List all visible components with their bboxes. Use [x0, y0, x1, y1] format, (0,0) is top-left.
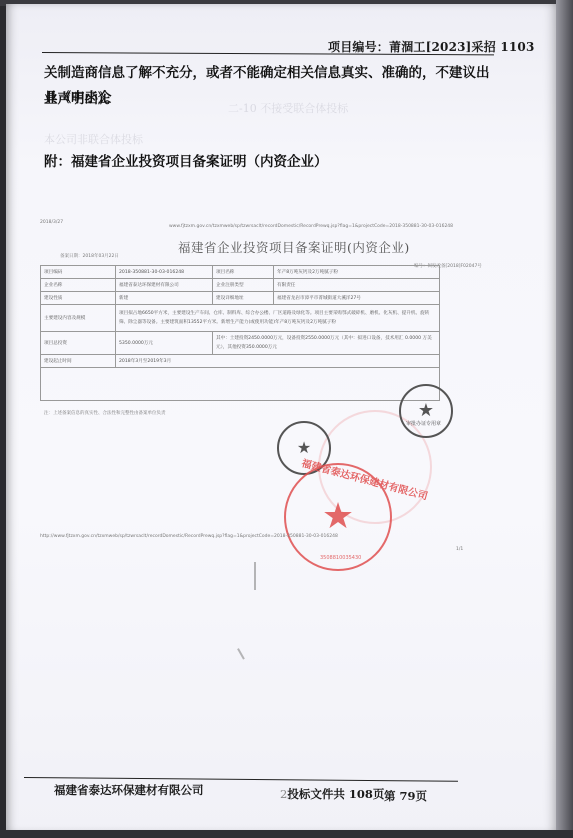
table-row: 建设性质 新建 建设详细地址 福建省龙岩市漳平市菁城街道大溪洋27号: [41, 292, 440, 305]
row-label: 项目总投资: [41, 332, 116, 355]
certificate-url-bottom: http://www.fjtzxm.gov.cn/tzxmweb/sp/tzwr…: [40, 534, 338, 539]
certificate-page-fraction: 1/1: [456, 547, 463, 552]
scan-mark: [254, 562, 256, 590]
row-value: 5350.0000万元: [116, 332, 213, 355]
row-label: 项目名称: [213, 266, 274, 279]
record-date: 备案日期：2018年03月22日: [60, 253, 119, 259]
row-value: 福建省泰达环保建材有限公司: [116, 279, 213, 292]
row-value: 年产8万吨灰钙及2万吨腻子粉: [274, 266, 440, 279]
row-value: 福建省龙岩市漳平市菁城街道大溪洋27号: [274, 292, 440, 305]
certificate-title: 福建省企业投资项目备案证明(内资企业): [178, 238, 410, 256]
table-row: 企业名称 福建省泰达环保建材有限公司 企业注册类型 有限责任: [41, 279, 440, 292]
certificate-note: 注：上述备案信息的真实性、合法性和完整性由备案单位负责: [44, 410, 166, 416]
row-label: 企业注册类型: [213, 279, 274, 292]
star-icon: ★: [418, 402, 434, 420]
table-row: 项目编码 2018-350881-30-03-016248 项目名称 年产8万吨…: [41, 266, 440, 279]
footer-page-number: 第 79页: [384, 788, 427, 804]
star-icon: ★: [322, 499, 354, 535]
total-pages-text: 投标文件共 108页: [287, 787, 384, 801]
row-label: 建设性质: [41, 292, 116, 305]
company-seal-red: ★ 福建省泰达环保建材有限公司 3508810035430: [284, 463, 392, 571]
bleed-through-text: 本公司非联合体投标: [44, 131, 143, 147]
certificate-table: 项目编码 2018-350881-30-03-016248 项目名称 年产8万吨…: [40, 265, 440, 401]
table-row: 主要建设内容及规模 项目拟占地6650平方米，主要建设生产车间、仓库、制料库、综…: [41, 305, 440, 332]
footer-total-pages: 2投标文件共 108页: [280, 786, 384, 802]
table-row: 项目总投资 5350.0000万元 其中：土建投资2450.0000万元，设备投…: [41, 332, 440, 355]
row-value: 项目拟占地6650平方米，主要建设生产车间、仓库、制料库、综合办公楼、厂区道路及…: [116, 305, 440, 332]
row-label: 项目编码: [41, 266, 116, 279]
row-value: 2018-350881-30-03-016248: [116, 266, 213, 279]
seal-code: 3508810035430: [320, 555, 361, 561]
footer-company: 福建省泰达环保建材有限公司: [54, 782, 204, 798]
row-label: 建设详细地址: [213, 292, 274, 305]
project-number: 项目编号：莆涸工[2023]采招 1103: [328, 38, 535, 55]
bleed-through-heading: 二-10 不接受联合体投标: [228, 100, 348, 116]
certificate-url-top: www.fjtzxm.gov.cn/tzxmweb/sp/tzwrsaclt/r…: [169, 224, 453, 229]
approval-seal: ★ 审批办证专用章: [399, 384, 453, 438]
row-value: 2018年3月至2019年3月: [116, 355, 440, 368]
table-row: [41, 368, 440, 401]
row-value: 有限责任: [274, 279, 440, 292]
row-label: 企业名称: [41, 279, 116, 292]
print-date: 2018/3/27: [40, 220, 63, 225]
empty-row: [41, 368, 440, 401]
table-row: 建设起止时间 2018年3月至2019年3月: [41, 355, 440, 368]
row-label: 主要建设内容及规模: [41, 305, 116, 332]
approval-seal-text: 审批办证专用章: [406, 420, 441, 427]
scan-right-border: [556, 0, 573, 838]
row-label: 建设起止时间: [41, 355, 116, 368]
row-value: 新建: [116, 292, 213, 305]
scan-bottom-border: [0, 830, 573, 838]
attachment-title: 附：福建省企业投资项目备案证明（内资企业）: [44, 150, 499, 175]
row-detail: 其中：土建投资2450.0000万元，设备投资2550.0000万元（其中：拟进…: [213, 332, 440, 355]
